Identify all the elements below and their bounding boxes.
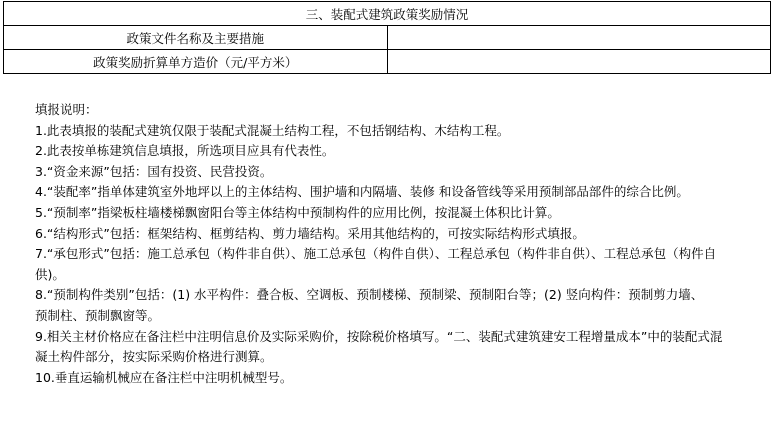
instruction-line: 1.此表填报的装配式建筑仅限于装配式混凝土结构工程，不包括钢结构、木结构工程。: [35, 121, 775, 142]
instruction-line: 供)。: [35, 265, 775, 286]
instruction-line: 预制柱、预制飘窗等。: [35, 306, 775, 327]
instruction-line: 凝土构件部分，按实际采购价格进行测算。: [35, 347, 775, 368]
table-title-row: 三、装配式建筑政策奖励情况: [4, 2, 771, 26]
instruction-line: 9.相关主材价格应在备注栏中注明信息价及实际采购价，按除税价格填写。“二、装配式…: [35, 327, 775, 348]
table-title: 三、装配式建筑政策奖励情况: [4, 2, 771, 26]
instruction-line: 4.“装配率”指单体建筑室外地坪以上的主体结构、围护墙和内隔墙、装修 和设备管线…: [35, 182, 775, 203]
table-row: 政策奖励折算单方造价（元/平方米）: [4, 50, 771, 74]
instruction-line: 5.“预制率”指梁板柱墙楼梯飘窗阳台等主体结构中预制构件的应用比例，按混凝土体积…: [35, 203, 775, 224]
table-row: 政策文件名称及主要措施: [4, 26, 771, 50]
instruction-line: 10.垂直运输机械应在备注栏中注明机械型号。: [35, 368, 775, 389]
instruction-line: 3.“资金来源”包括：国有投资、民营投资。: [35, 162, 775, 183]
row-value-unit-cost[interactable]: [387, 50, 771, 74]
row-value-policy-documents[interactable]: [387, 26, 771, 50]
instruction-line: 2.此表按单栋建筑信息填报，所选项目应具有代表性。: [35, 141, 775, 162]
instructions-heading: 填报说明：: [35, 100, 775, 121]
row-label-policy-documents: 政策文件名称及主要措施: [4, 26, 388, 50]
instruction-line: 8.“预制构件类别”包括：(1) 水平构件：叠合板、空调板、预制楼梯、预制梁、预…: [35, 285, 775, 306]
row-label-unit-cost: 政策奖励折算单方造价（元/平方米）: [4, 50, 388, 74]
policy-incentive-table: 三、装配式建筑政策奖励情况 政策文件名称及主要措施 政策奖励折算单方造价（元/平…: [3, 1, 771, 74]
instruction-line: 6.“结构形式”包括：框架结构、框剪结构、剪力墙结构。采用其他结构的，可按实际结…: [35, 224, 775, 245]
filling-instructions: 填报说明： 1.此表填报的装配式建筑仅限于装配式混凝土结构工程，不包括钢结构、木…: [35, 100, 775, 388]
instruction-line: 7.“承包形式”包括：施工总承包（构件非自供）、施工总承包（构件自供）、工程总承…: [35, 244, 775, 265]
